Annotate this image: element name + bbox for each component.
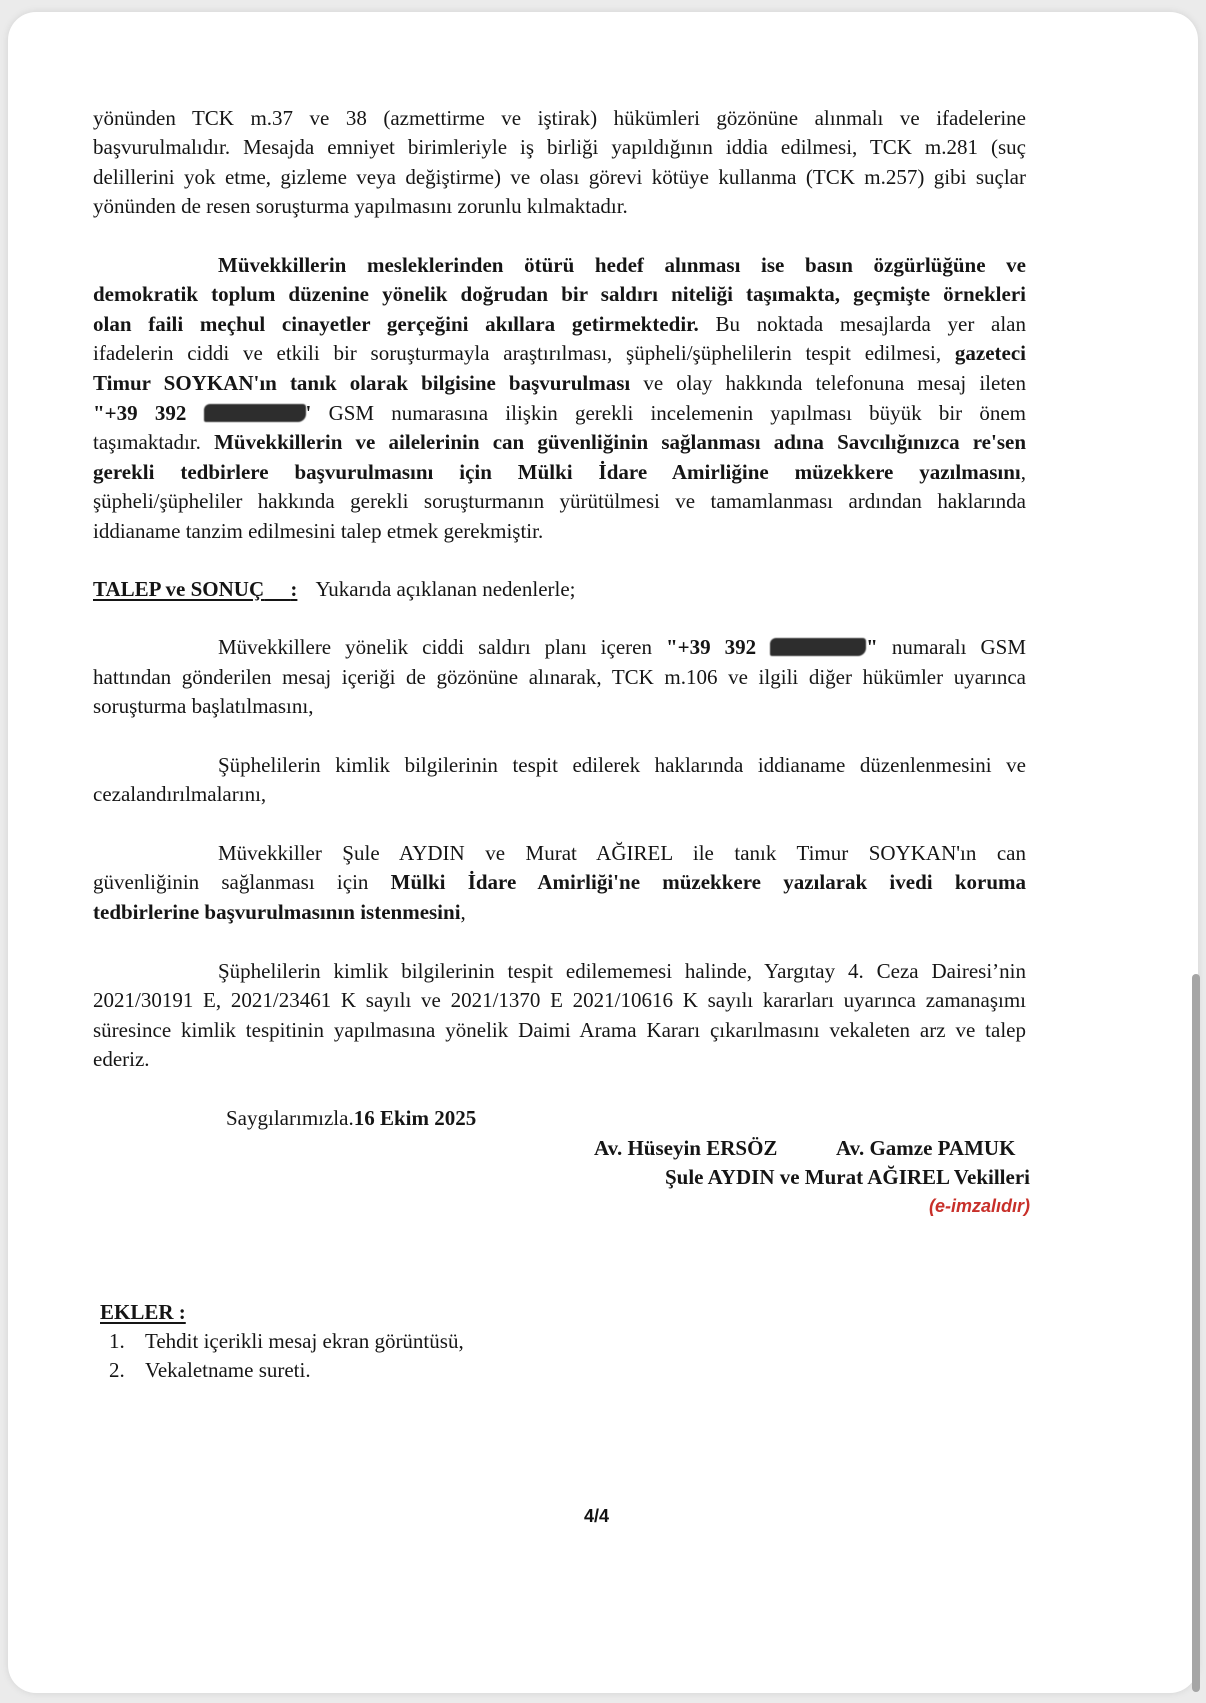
scrollbar-thumb[interactable] <box>1192 974 1200 1692</box>
paragraph-line: ifadelerin ciddi ve etkili bir soruşturm… <box>93 340 1026 366</box>
section-intro: Yukarıda açıklanan nedenlerle; <box>311 577 576 601</box>
paragraph-line: demokratik toplum düzenine yönelik doğru… <box>93 281 1026 307</box>
emphasis-text: Mülki İdare Amirliği'ne müzekkere yazıla… <box>391 870 1026 894</box>
body-text: güvenliğinin sağlanması için <box>93 870 391 894</box>
paragraph-line: gerekli tedbirlere başvurulmasını için M… <box>93 459 1026 485</box>
document-date: 16 Ekim 2025 <box>354 1106 477 1130</box>
body-text: , <box>1021 460 1026 484</box>
emphasis-text: Müvekkillerin ve ailelerinin can güvenli… <box>214 430 1026 454</box>
paragraph-line: Şüphelilerin kimlik bilgilerinin tespit … <box>218 958 1026 984</box>
phone-number-prefix: "+39 392 <box>666 635 756 659</box>
paragraph-line: Müvekkillerin mesleklerinden ötürü hedef… <box>218 252 1026 278</box>
attachment-item: 1.Tehdit içerikli mesaj ekran görüntüsü, <box>109 1328 464 1354</box>
paragraph-line: olan faili meçhul cinayetler gerçeğini a… <box>93 311 1026 337</box>
paragraph-line: yönünden de resen soruşturma yapılmasını… <box>93 193 1026 219</box>
body-text: ve olay hakkında telefonuna mesaj ileten <box>630 371 1026 395</box>
section-title: TALEP ve SONUÇ : <box>93 576 311 602</box>
page-number: 4/4 <box>584 1506 609 1527</box>
paragraph-line: yönünden TCK m.37 ve 38 (azmettirme ve i… <box>93 105 1026 131</box>
paragraph-line: şüpheli/şüpheliler hakkında gerekli soru… <box>93 488 1026 514</box>
paragraph-line: Şüphelilerin kimlik bilgilerinin tespit … <box>218 752 1026 778</box>
signature-role: Şule AYDIN ve Murat AĞIREL Vekilleri <box>665 1164 1030 1190</box>
paragraph-line: cezalandırılmalarını, <box>93 781 1026 807</box>
paragraph-line: başvurulmalıdır. Mesajda emniyet birimle… <box>93 134 1026 160</box>
request-section-header: TALEP ve SONUÇ : Yukarıda açıklanan nede… <box>93 576 1026 602</box>
attachment-item: 2.Vekaletname sureti. <box>109 1357 311 1383</box>
paragraph-line: "+39 392 ' GSM numarasına ilişkin gerekl… <box>93 400 1026 426</box>
document-viewer: yönünden TCK m.37 ve 38 (azmettirme ve i… <box>0 0 1206 1703</box>
paragraph-line: Timur SOYKAN'ın tanık olarak bilgisine b… <box>93 370 1026 396</box>
paragraph-line: delillerini yok etme, gizleme veya değiş… <box>93 164 1026 190</box>
body-text: ifadelerin ciddi ve etkili bir soruşturm… <box>93 341 955 365</box>
attachment-label: Tehdit içerikli mesaj ekran görüntüsü, <box>145 1329 464 1353</box>
vertical-scrollbar[interactable] <box>1188 12 1200 1693</box>
body-text: GSM numarasına ilişkin gerekli incelemen… <box>311 401 1026 425</box>
phone-number-prefix: "+39 392 <box>93 401 186 425</box>
emphasis-text: gerekli tedbirlere başvurulmasını için M… <box>93 460 1021 484</box>
e-signature-note: (e-imzalıdır) <box>929 1193 1030 1219</box>
body-text: numaralı GSM <box>878 635 1026 659</box>
body-text: Müvekkillere yönelik ciddi saldırı planı… <box>218 635 666 659</box>
emphasis-text: Timur SOYKAN'ın tanık olarak bilgisine b… <box>93 371 630 395</box>
section-colon: : <box>290 577 297 601</box>
redacted-phone-digits <box>204 404 306 422</box>
paragraph-line: iddianame tanzim edilmesini talep etmek … <box>93 518 1026 544</box>
paragraph-line: güvenliğinin sağlanması için Mülki İdare… <box>93 869 1026 895</box>
attachment-label: Vekaletname sureti. <box>145 1358 311 1382</box>
redacted-phone-digits <box>770 638 866 656</box>
paragraph-line: tedbirlerine başvurulmasının istenmesini… <box>93 899 1026 925</box>
paragraph-line: hattından gönderilen mesaj içeriği de gö… <box>93 664 1026 690</box>
document-page: yönünden TCK m.37 ve 38 (azmettirme ve i… <box>8 12 1198 1693</box>
emphasis-text: gazeteci <box>955 341 1026 365</box>
emphasis-text: tedbirlerine başvurulmasının istenmesini <box>93 900 461 924</box>
paragraph-line: Müvekkiller Şule AYDIN ve Murat AĞIREL i… <box>218 840 1026 866</box>
paragraph-line: taşımaktadır. Müvekkillerin ve ailelerin… <box>93 429 1026 455</box>
attachments-title: EKLER : <box>100 1299 186 1325</box>
body-text: Bu noktada mesajlarda yer alan <box>699 312 1026 336</box>
signature-lawyer-1: Av. Hüseyin ERSÖZ <box>594 1135 777 1161</box>
closing-line: Saygılarımızla.16 Ekim 2025 <box>226 1105 476 1131</box>
document-body: yönünden TCK m.37 ve 38 (azmettirme ve i… <box>8 12 1198 1693</box>
body-text: taşımaktadır. <box>93 430 214 454</box>
closing-greeting: Saygılarımızla. <box>226 1106 354 1130</box>
emphasis-text: olan faili meçhul cinayetler gerçeğini a… <box>93 312 699 336</box>
section-title-text: TALEP ve SONUÇ <box>93 577 264 601</box>
paragraph-line: süresince kimlik tespitinin yapılmasına … <box>93 1017 1026 1043</box>
body-text: , <box>461 900 466 924</box>
attachment-number: 1. <box>109 1328 145 1354</box>
paragraph-line: Müvekkillere yönelik ciddi saldırı planı… <box>218 634 1026 660</box>
attachment-number: 2. <box>109 1357 145 1383</box>
paragraph-line: 2021/30191 E, 2021/23461 K sayılı ve 202… <box>93 987 1026 1013</box>
quote-mark: " <box>866 635 878 659</box>
paragraph-line: ederiz. <box>93 1046 1026 1072</box>
paragraph-line: soruşturma başlatılmasını, <box>93 693 1026 719</box>
signature-lawyer-2: Av. Gamze PAMUK <box>836 1135 1015 1161</box>
